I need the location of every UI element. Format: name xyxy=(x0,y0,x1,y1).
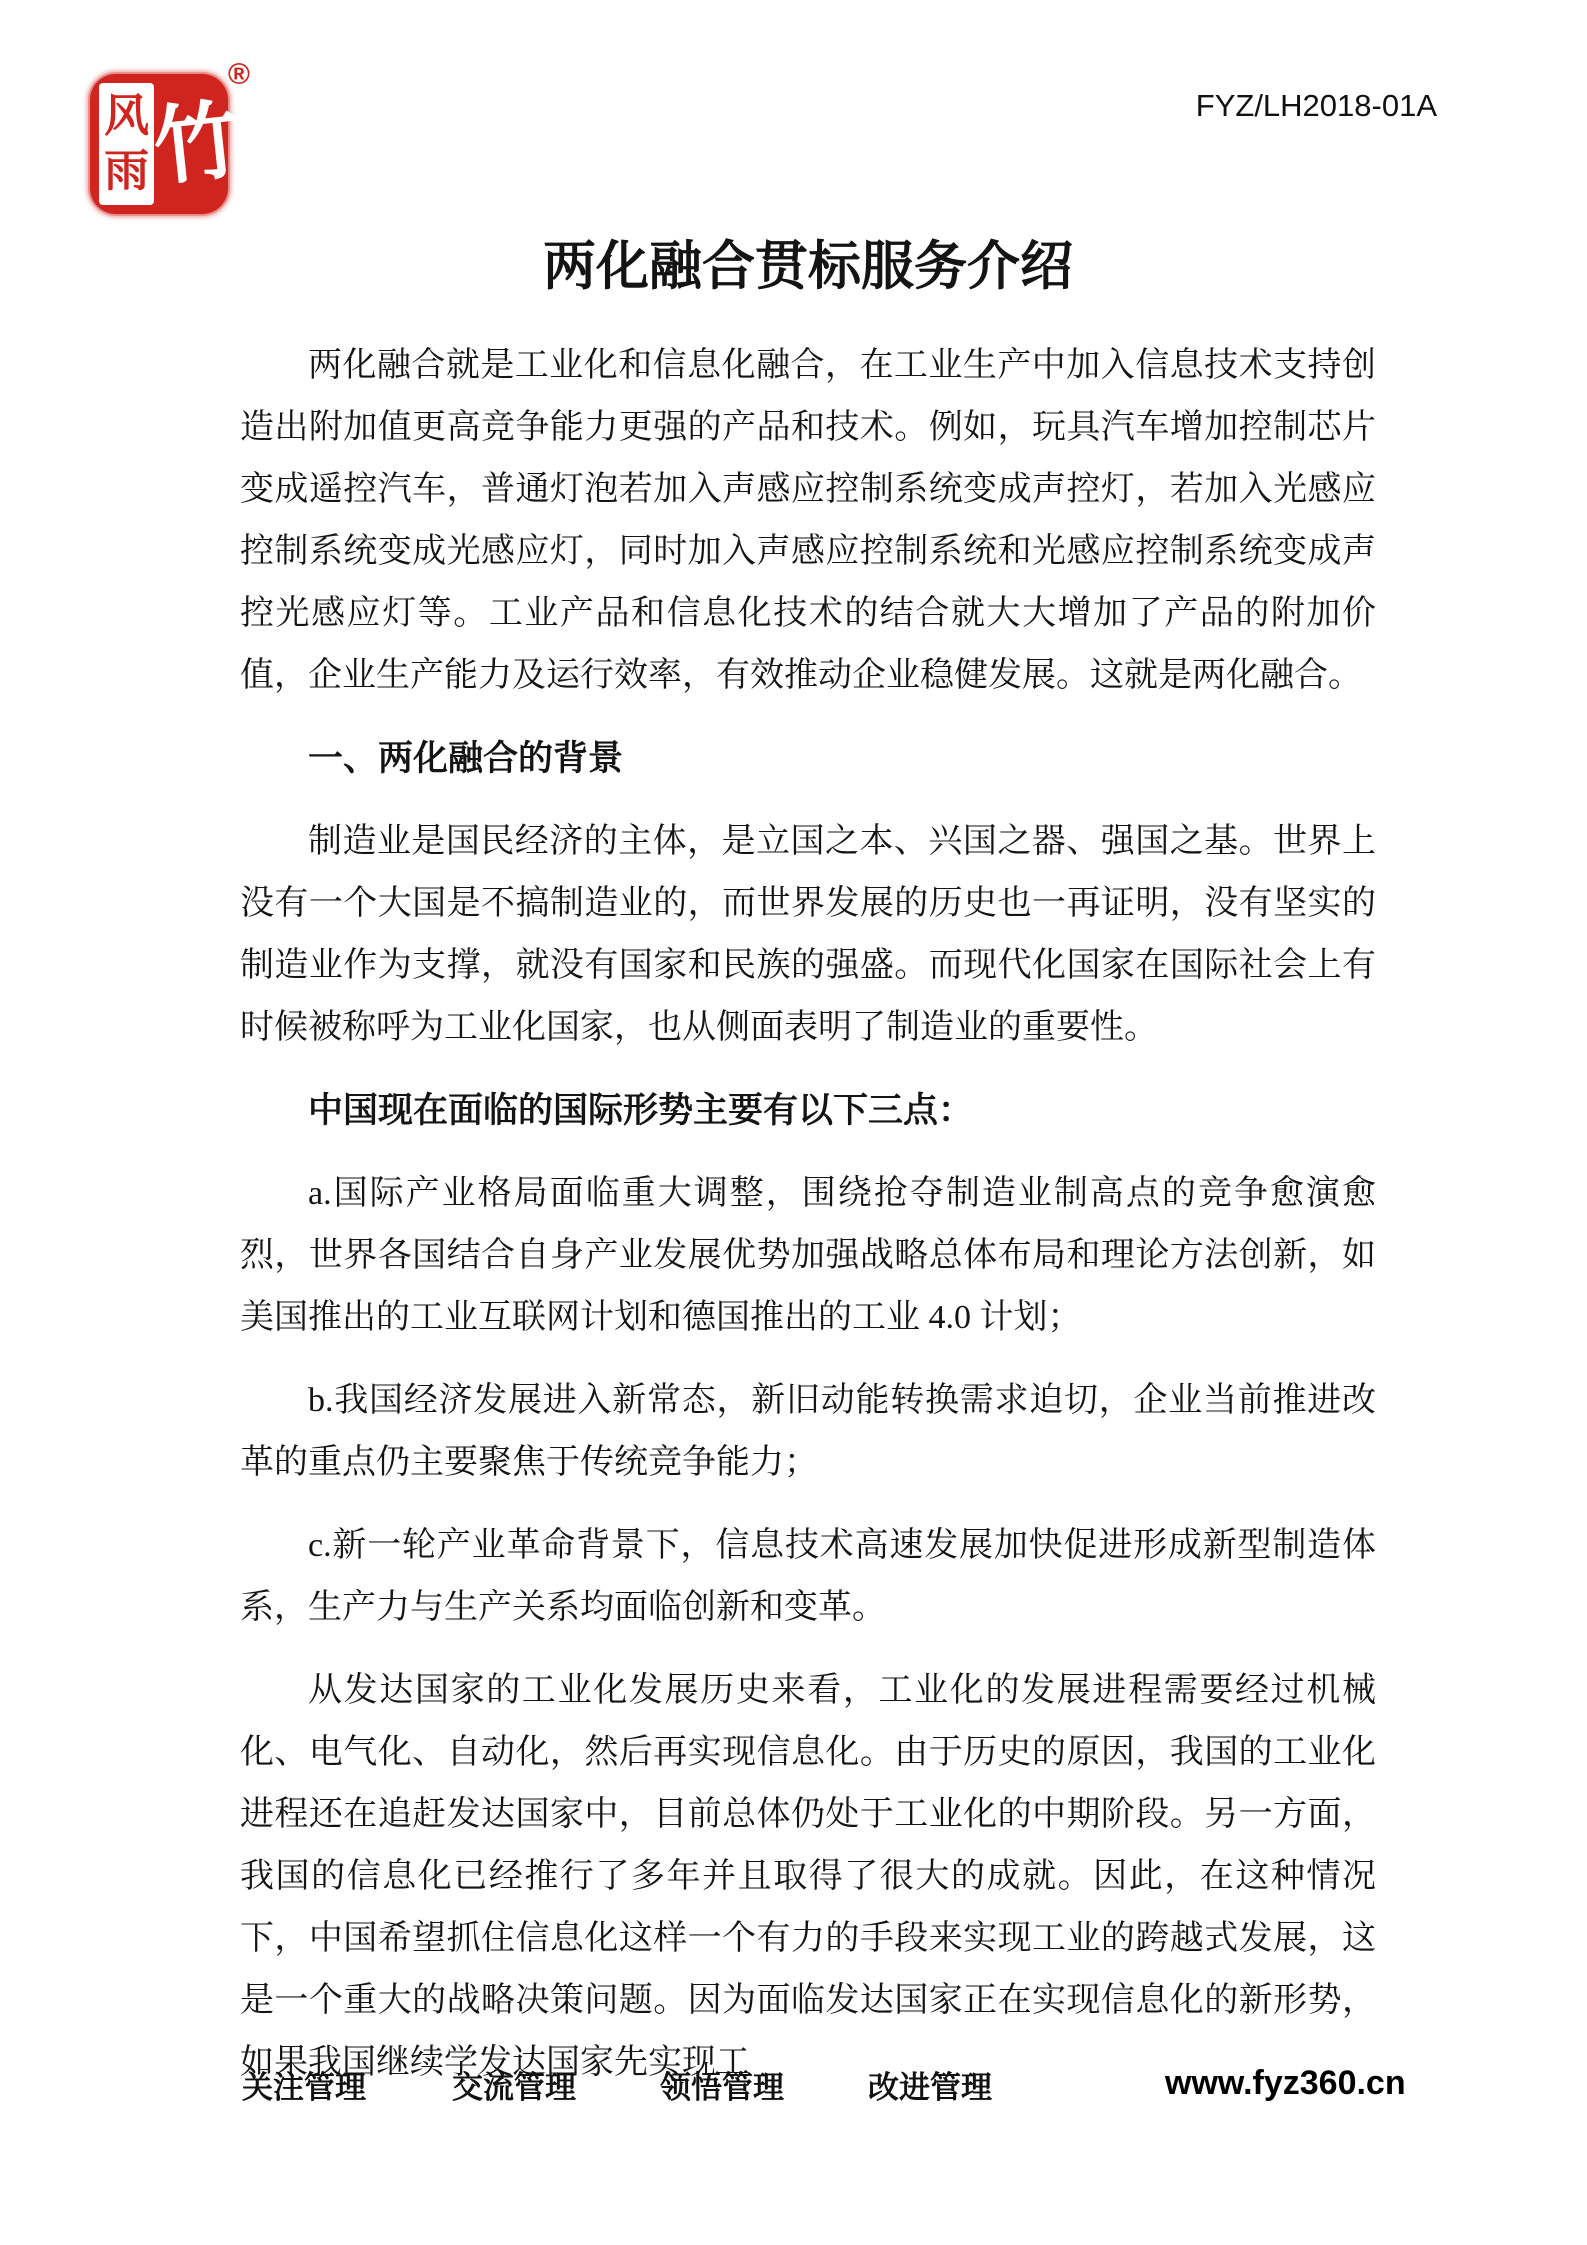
section-heading-1: 一、两化融合的背景 xyxy=(240,728,1376,790)
footer-item-1: 关注管理 xyxy=(242,2068,366,2108)
company-seal-logo: 风 雨 竹 ® xyxy=(90,62,242,216)
page-title: 两化融合贯标服务介绍 xyxy=(240,235,1376,299)
document-code: FYZ/LH2018-01A xyxy=(1196,88,1437,124)
footer-item-3: 领悟管理 xyxy=(660,2068,784,2108)
body-paragraph-1: 两化融合就是工业化和信息化融合，在工业生产中加入信息技术支持创造出附加值更高竞争… xyxy=(240,335,1376,707)
seal-char-zhu: 竹 xyxy=(148,79,246,209)
seal-stamp-icon: 风 雨 竹 xyxy=(90,74,228,214)
footer-item-2: 交流管理 xyxy=(452,2068,576,2108)
body-paragraph-6: 从发达国家的工业化发展历史来看，工业化的发展进程需要经过机械化、电气化、自动化，… xyxy=(240,1660,1376,2094)
seal-char-yu: 雨 xyxy=(104,149,149,194)
registered-trademark-icon: ® xyxy=(228,58,250,92)
footer-website-url: www.fyz360.cn xyxy=(1165,2064,1406,2103)
seal-left-panel: 风 雨 xyxy=(99,83,154,205)
document-page: 风 雨 竹 ® FYZ/LH2018-01A 两化融合贯标服务介绍 两化融合就是… xyxy=(0,0,1587,2245)
body-paragraph-3-item-a: a.国际产业格局面临重大调整，围绕抢夺制造业制高点的竞争愈演愈烈，世界各国结合自… xyxy=(240,1163,1376,1349)
document-body: 两化融合贯标服务介绍 两化融合就是工业化和信息化融合，在工业生产中加入信息技术支… xyxy=(240,235,1376,2115)
body-paragraph-5-item-c: c.新一轮产业革命背景下，信息技术高速发展加快促进形成新型制造体系，生产力与生产… xyxy=(240,1515,1376,1639)
body-paragraph-4-item-b: b.我国经济发展进入新常态，新旧动能转换需求迫切，企业当前推进改革的重点仍主要聚… xyxy=(240,1370,1376,1494)
seal-char-feng: 风 xyxy=(104,94,149,139)
footer-item-4: 改进管理 xyxy=(868,2068,992,2108)
section-heading-2: 中国现在面临的国际形势主要有以下三点： xyxy=(240,1080,1376,1142)
body-paragraph-2: 制造业是国民经济的主体，是立国之本、兴国之器、强国之基。世界上没有一个大国是不搞… xyxy=(240,811,1376,1059)
